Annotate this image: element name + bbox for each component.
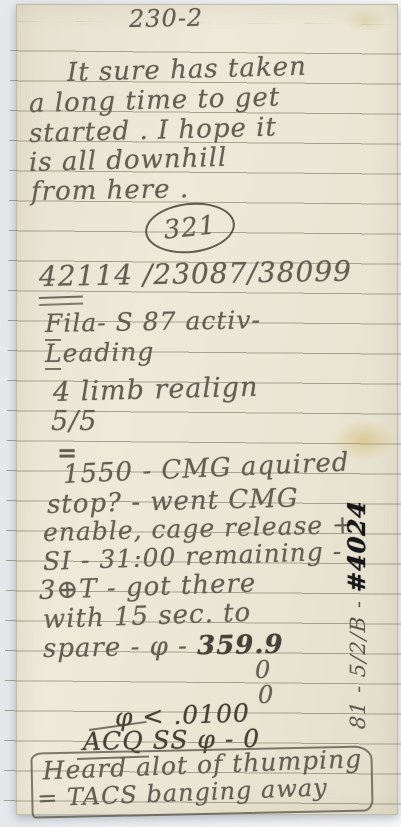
paragraph-line: a long time to get <box>29 84 281 117</box>
film-line: Fila- S 87 activ- <box>45 307 261 336</box>
paragraph-line: is all downhill <box>29 145 228 176</box>
status-line: spare - φ - 359.9 <box>43 632 284 662</box>
paragraph-line: It sure has taken <box>67 54 307 86</box>
margin-annotation-ink: #4024 <box>342 499 371 593</box>
status-line: with 15 sec. to <box>43 600 252 633</box>
pencil-underline <box>39 295 83 306</box>
notebook-paper: 230-2 It sure has taken a long time to g… <box>16 4 398 815</box>
align-line: 4 limb realign <box>53 374 259 406</box>
film-line: Leading <box>45 339 155 366</box>
boxed-note: Heard alot of thumping = TACS banging aw… <box>30 745 373 818</box>
circled-number: 321 <box>143 198 238 257</box>
page-label: 230-2 <box>129 6 204 31</box>
paper-stain <box>343 7 387 33</box>
circled-number-value: 321 <box>162 212 217 243</box>
status-line: 1550 - CMG aquired <box>62 450 350 488</box>
frame-numbers: 42114 /23087/38099 <box>39 258 352 291</box>
scanned-note-page: 230-2 It sure has taken a long time to g… <box>0 0 401 827</box>
zero-value: 0 <box>258 683 274 707</box>
align-line: 5/5 <box>51 408 97 435</box>
zero-value: 0 <box>255 658 271 682</box>
margin-annotation: 81 - 5/2/B - #4024 <box>342 434 371 730</box>
margin-annotation-pencil: 81 - 5/2/B - <box>346 591 370 730</box>
paragraph-line: from here . <box>31 176 190 205</box>
paragraph-line: started . I hope it <box>29 115 278 147</box>
spare-phi-prefix: spare - φ - <box>43 631 198 664</box>
pencil-underline <box>45 368 61 370</box>
